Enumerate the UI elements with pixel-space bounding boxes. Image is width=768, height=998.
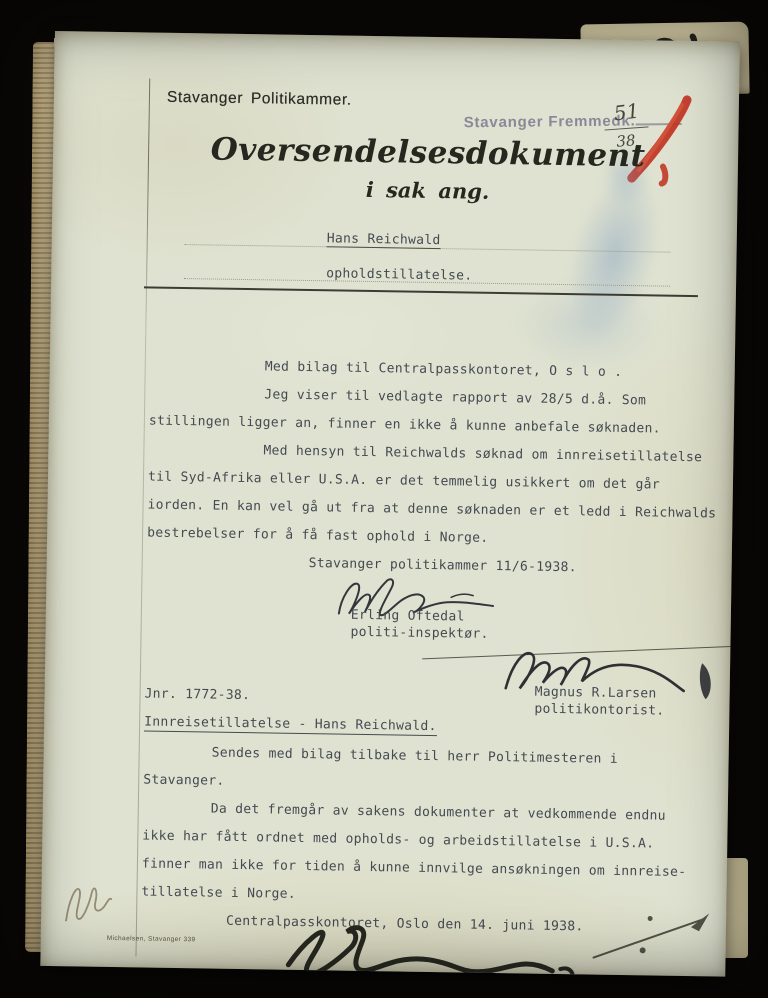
signatory-2: Magnus R.Larsen politikontorist.: [534, 684, 665, 720]
photo-background: Stavanger Politikammer. Stavanger Fremme…: [0, 0, 768, 998]
signatory-2-title: politikontorist.: [534, 701, 664, 720]
journal-reference: Jnr. 1772-38.: [144, 686, 250, 703]
pencil-arrow-mark: [540, 897, 726, 977]
document-page: Stavanger Politikammer. Stavanger Fremme…: [40, 31, 740, 977]
signatory-2-name: Magnus R.Larsen: [535, 684, 665, 703]
pencil-scribble: [47, 869, 119, 934]
paragraph-recommendation: Med bilag til Centralpasskontoret, O s l…: [146, 352, 718, 585]
office-name: Stavanger Politikammer.: [167, 89, 352, 110]
subject-matter: opholdstillatelse.: [326, 266, 472, 283]
case-heading: Innreisetillatelse - Hans Reichwald.: [144, 712, 437, 735]
case-heading-text: Innreisetillatelse - Hans Reichwald.: [144, 714, 437, 736]
document-title: Oversendelsesdokument: [163, 131, 694, 175]
subject-name: Hans Reichwald: [327, 231, 441, 249]
signatory-1-name: Erling Oftedal: [351, 607, 489, 626]
printer-mark: Michaelsen, Stavanger 339: [107, 935, 196, 943]
